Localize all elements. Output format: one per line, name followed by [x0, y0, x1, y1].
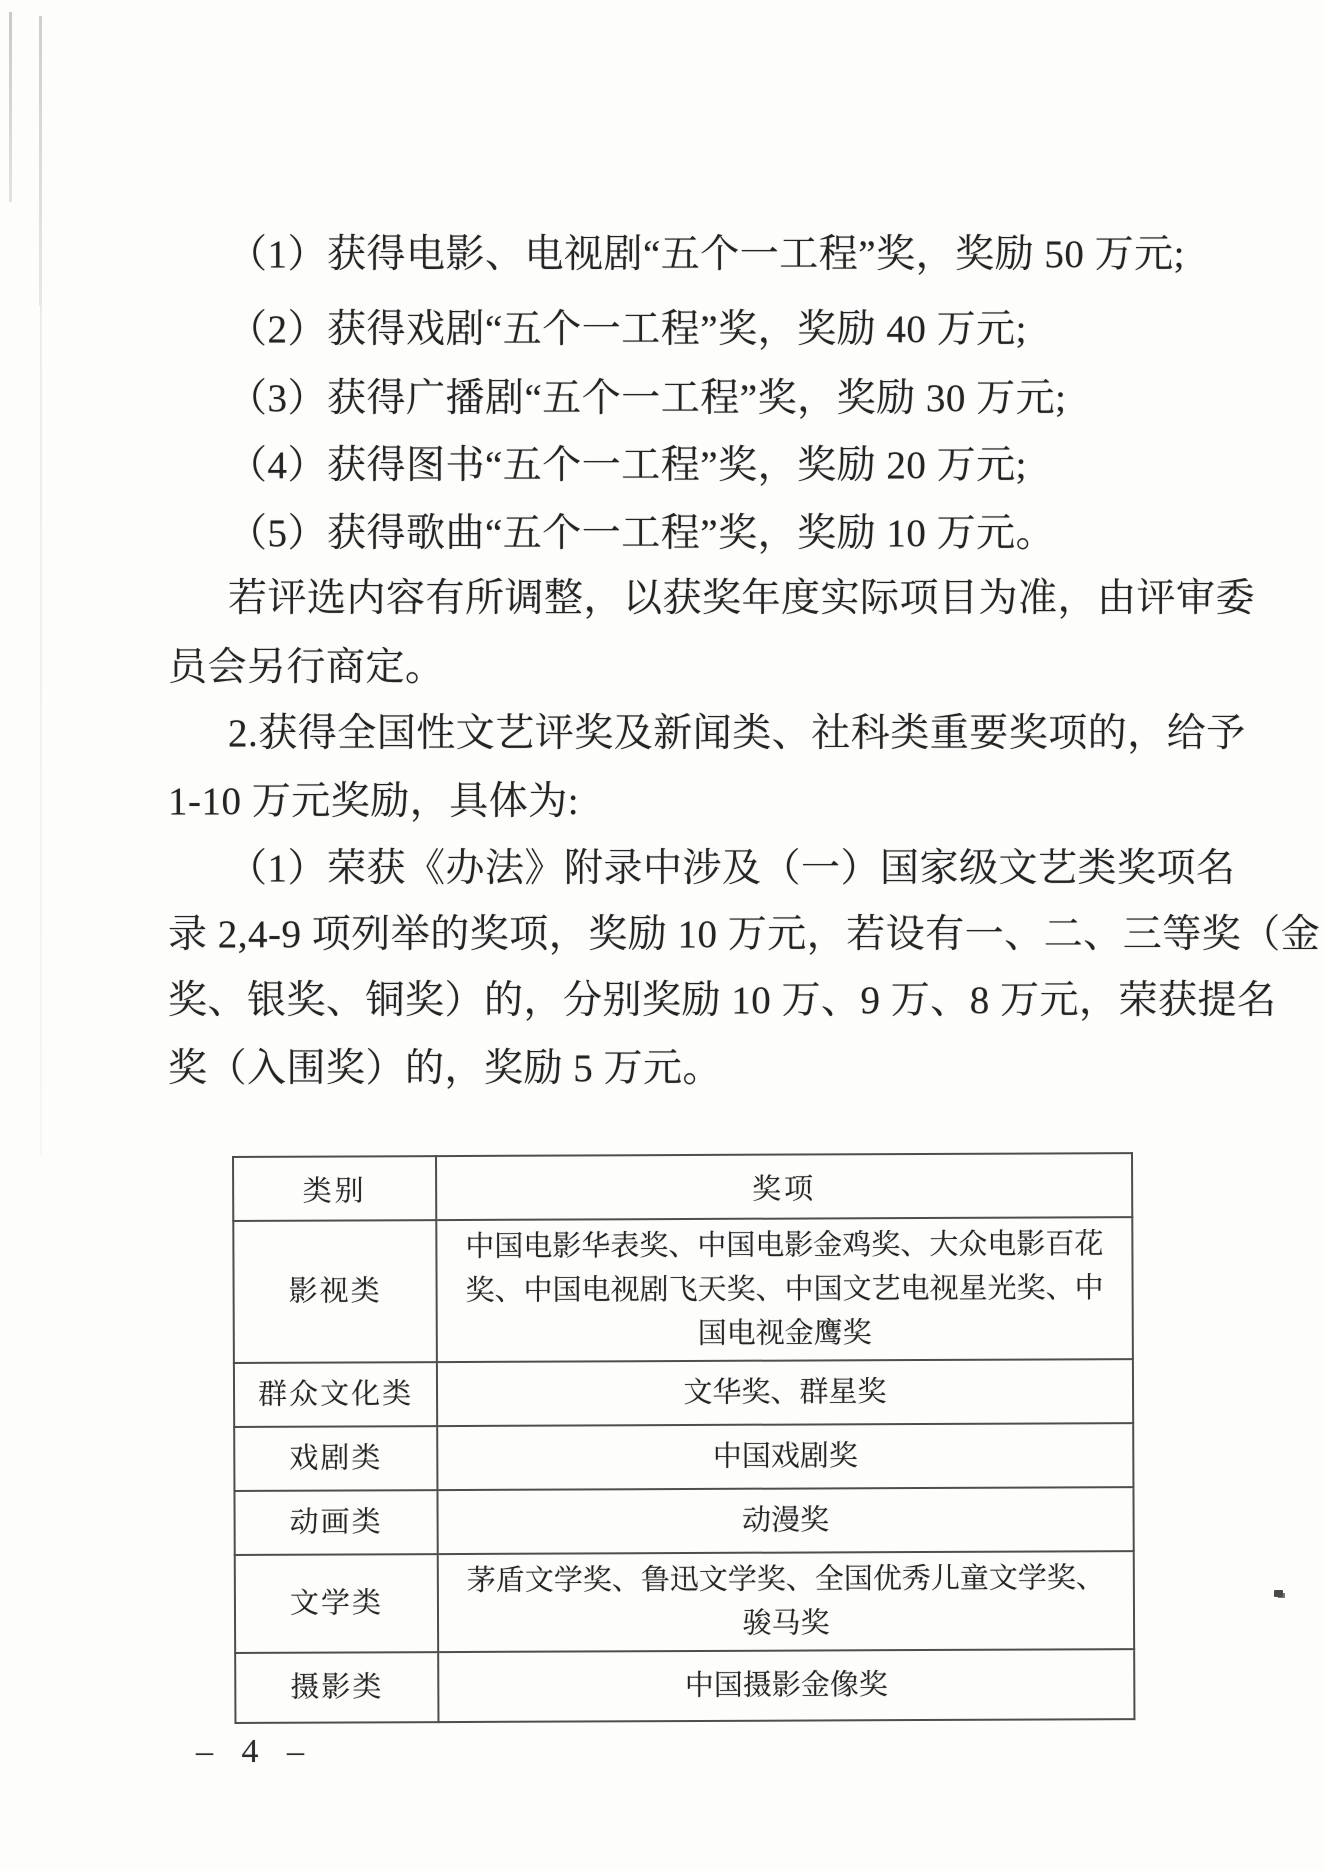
body-line-item-1: （1）获得电影、电视剧“五个一工程”奖，奖励 50 万元; [168, 232, 1185, 278]
award-cell: 中国戏剧奖 [437, 1423, 1133, 1490]
category-cell: 戏剧类 [234, 1426, 437, 1491]
award-cell: 动漫奖 [437, 1487, 1133, 1554]
award-cell: 中国摄影金像奖 [438, 1649, 1134, 1722]
award-cell: 文华奖、群星奖 [437, 1359, 1133, 1426]
scan-edge-artifact [40, 306, 42, 1156]
scan-edge-artifact [9, 12, 12, 202]
table-row-drama: 戏剧类 中国戏剧奖 [234, 1423, 1133, 1491]
page-number: – 4 – [196, 1733, 314, 1771]
body-line-note-start: 若评选内容有所调整，以获奖年度实际项目为准，由评审委 [168, 576, 1255, 622]
award-cell: 中国电影华表奖、中国电影金鸡奖、大众电影百花奖、中国电视剧飞天奖、中国文艺电视星… [436, 1217, 1133, 1362]
category-cell: 摄影类 [235, 1652, 438, 1723]
body-line-note-end: 员会另行商定。 [168, 645, 445, 691]
awards-table-header-row: 类别 奖项 [233, 1153, 1132, 1221]
award-cell: 茅盾文学奖、鲁迅文学奖、全国优秀儿童文学奖、骏马奖 [438, 1551, 1134, 1652]
body-line-sub1-end: 奖（入围奖）的，奖励 5 万元。 [168, 1046, 722, 1092]
body-line-sub1-mid1: 录 2,4-9 项列举的奖项，奖励 10 万元，若设有一、二、三等奖（金 [168, 912, 1320, 958]
body-line-item-4: （4）获得图书“五个一工程”奖，奖励 20 万元; [168, 443, 1027, 489]
scan-speck-artifact [1274, 1590, 1283, 1597]
awards-table: 类别 奖项 影视类 中国电影华表奖、中国电影金鸡奖、大众电影百花奖、中国电视剧飞… [232, 1152, 1135, 1724]
category-cell: 文学类 [235, 1554, 438, 1653]
category-cell: 动画类 [234, 1490, 437, 1555]
column-header-award: 奖项 [436, 1153, 1132, 1220]
category-cell: 影视类 [233, 1220, 437, 1363]
body-line-clause2-start: 2.获得全国性文艺评奖及新闻类、社科类重要奖项的，给予 [168, 711, 1246, 757]
scan-edge-artifact [39, 16, 42, 306]
scanned-document-page: （1）获得电影、电视剧“五个一工程”奖，奖励 50 万元; （2）获得戏剧“五个… [0, 0, 1323, 1870]
body-line-item-2: （2）获得戏剧“五个一工程”奖，奖励 40 万元; [168, 307, 1027, 353]
table-row-animation: 动画类 动漫奖 [234, 1487, 1133, 1555]
body-line-sub1-mid2: 奖、银奖、铜奖）的，分别奖励 10 万、9 万、8 万元，荣获提名 [168, 978, 1277, 1024]
table-row-photography: 摄影类 中国摄影金像奖 [235, 1649, 1134, 1723]
table-row-literature: 文学类 茅盾文学奖、鲁迅文学奖、全国优秀儿童文学奖、骏马奖 [235, 1551, 1134, 1653]
body-line-item-3: （3）获得广播剧“五个一工程”奖，奖励 30 万元; [168, 376, 1066, 422]
body-line-clause2-end: 1-10 万元奖励，具体为: [168, 779, 579, 825]
category-cell: 群众文化类 [234, 1362, 437, 1427]
table-row-mass-culture: 群众文化类 文华奖、群星奖 [234, 1359, 1133, 1427]
body-line-item-5: （5）获得歌曲“五个一工程”奖，奖励 10 万元。 [168, 511, 1055, 557]
table-row-film-tv: 影视类 中国电影华表奖、中国电影金鸡奖、大众电影百花奖、中国电视剧飞天奖、中国文… [233, 1217, 1133, 1363]
column-header-category: 类别 [233, 1156, 436, 1221]
body-line-sub1-start: （1）荣获《办法》附录中涉及（一）国家级文艺类奖项名 [168, 846, 1236, 892]
